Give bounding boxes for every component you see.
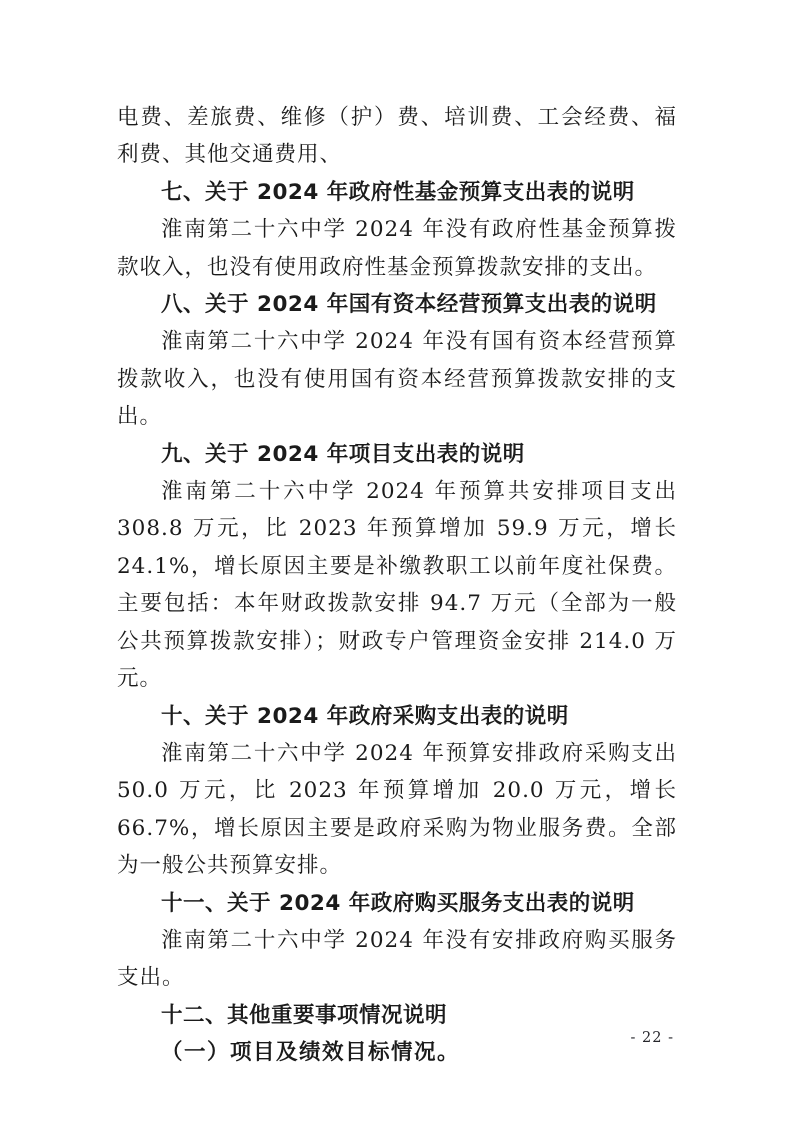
page-number: - 22 -: [631, 1030, 674, 1046]
paragraph-expense-items-continued: 电费、差旅费、维修（护）费、培训费、工会经费、福利费、其他交通费用、: [117, 99, 677, 174]
paragraph-project-expenditure: 淮南第二十六中学 2024 年预算共安排项目支出 308.8 万元，比 2023…: [117, 473, 677, 697]
heading-section-9-project-expenditure: 九、关于 2024 年项目支出表的说明: [117, 436, 677, 473]
page-footer: - 22 -: [631, 1027, 674, 1049]
paragraph-state-capital-budget: 淮南第二十六中学 2024 年没有国有资本经营预算拨款收入，也没有使用国有资本经…: [117, 323, 677, 435]
heading-sub-project-performance-goals: （一）项目及绩效目标情况。: [117, 1034, 677, 1071]
heading-section-8-state-capital-budget: 八、关于 2024 年国有资本经营预算支出表的说明: [117, 286, 677, 323]
heading-section-10-gov-procurement: 十、关于 2024 年政府采购支出表的说明: [117, 698, 677, 735]
heading-section-12-other-important-matters: 十二、其他重要事项情况说明: [117, 997, 677, 1034]
heading-section-7-gov-fund-budget: 七、关于 2024 年政府性基金预算支出表的说明: [117, 174, 677, 211]
document-page: 电费、差旅费、维修（护）费、培训费、工会经费、福利费、其他交通费用、 七、关于 …: [0, 0, 793, 1122]
heading-section-11-gov-purchased-services: 十一、关于 2024 年政府购买服务支出表的说明: [117, 885, 677, 922]
paragraph-gov-fund-budget: 淮南第二十六中学 2024 年没有政府性基金预算拨款收入，也没有使用政府性基金预…: [117, 211, 677, 286]
paragraph-gov-procurement: 淮南第二十六中学 2024 年预算安排政府采购支出 50.0 万元，比 2023…: [117, 735, 677, 885]
document-content: 电费、差旅费、维修（护）费、培训费、工会经费、福利费、其他交通费用、 七、关于 …: [117, 99, 677, 1072]
paragraph-gov-purchased-services: 淮南第二十六中学 2024 年没有安排政府购买服务支出。: [117, 922, 677, 997]
